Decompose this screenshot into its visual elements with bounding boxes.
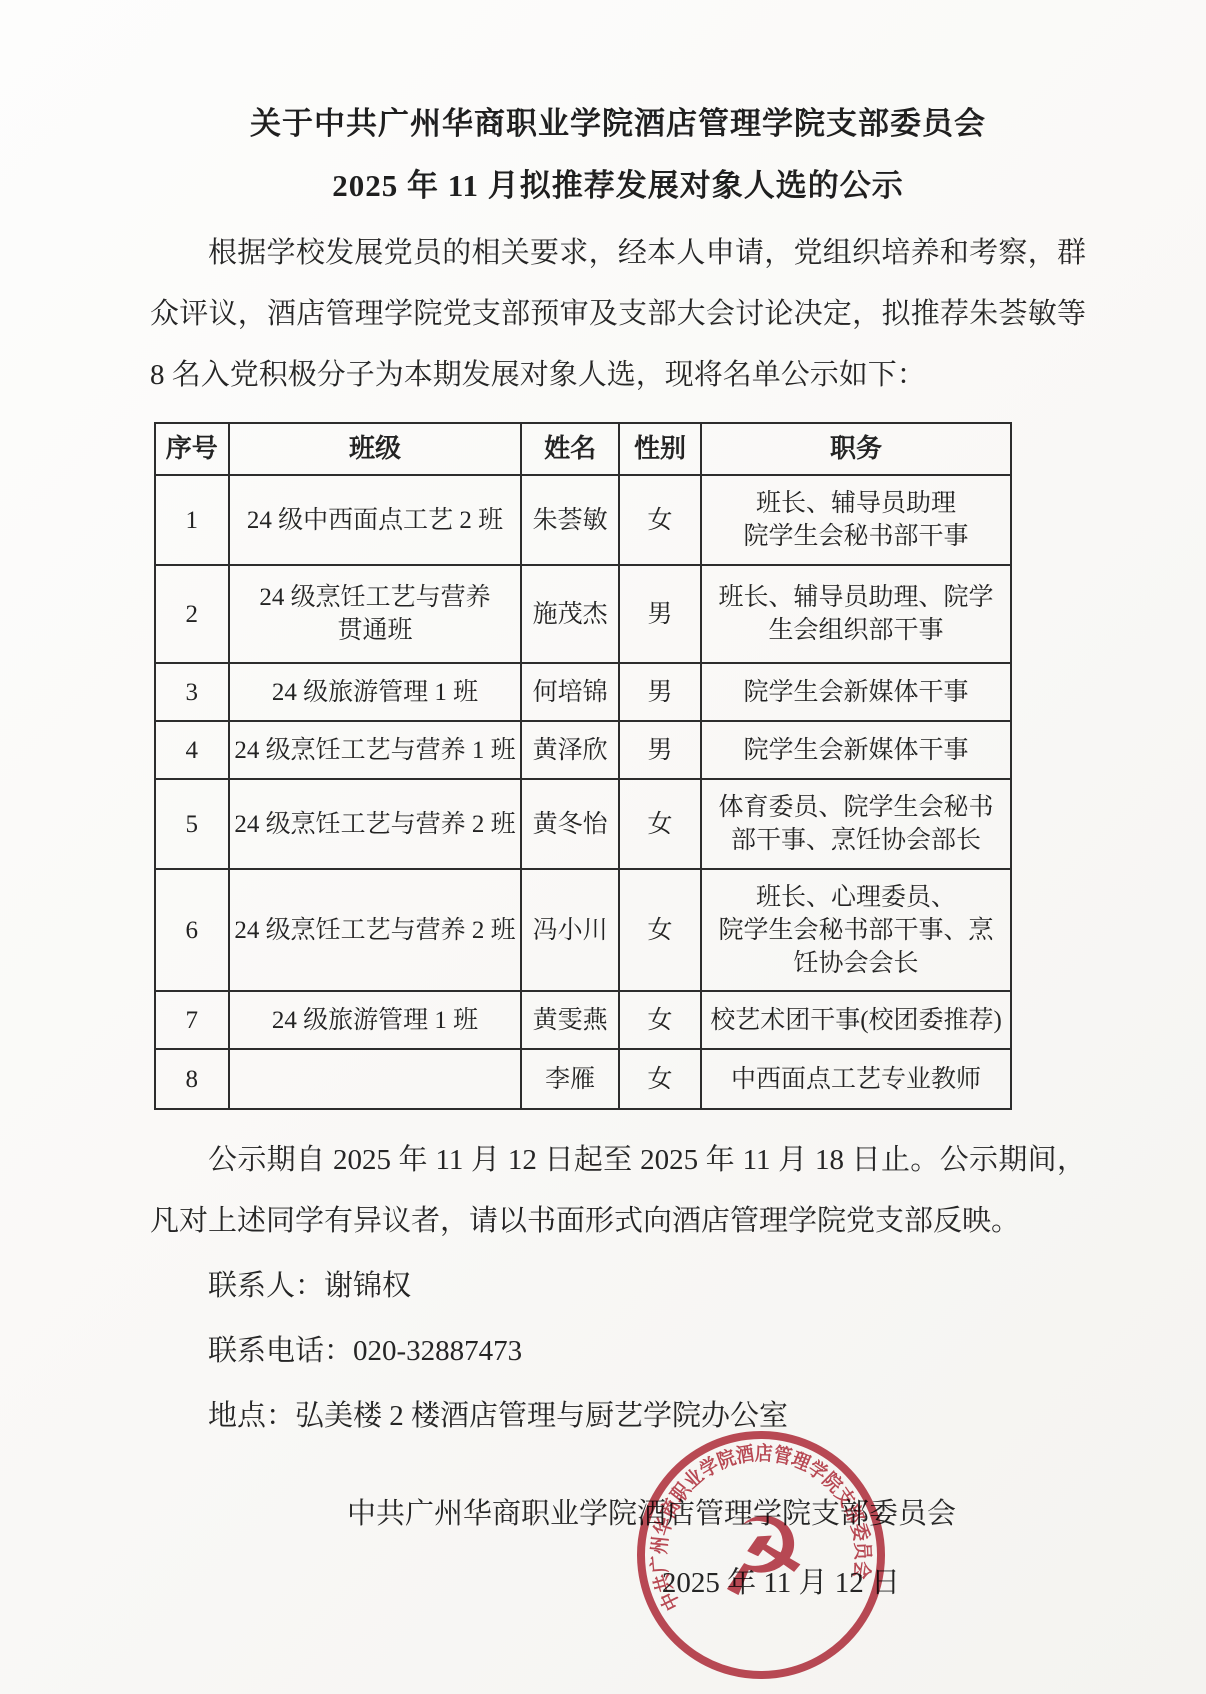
- cell-duty: 中西面点工艺专业教师: [701, 1049, 1011, 1109]
- document-page: 关于中共广州华商职业学院酒店管理学院支部委员会 2025 年 11 月拟推荐发展…: [0, 0, 1206, 1694]
- header-cell-name: 姓名: [521, 423, 619, 475]
- cell-name: 朱荟敏: [521, 475, 619, 565]
- cell-serial: 8: [155, 1049, 229, 1109]
- header-cell-duty: 职务: [701, 423, 1011, 475]
- contact-person-line: 联系人：谢锦权: [150, 1256, 1086, 1317]
- intro-paragraph: 根据学校发展党员的相关要求，经本人申请，党组织培养和考察，群众评议，酒店管理学院…: [150, 223, 1086, 406]
- cell-name: 黄泽欣: [521, 721, 619, 779]
- cell-serial: 3: [155, 663, 229, 721]
- cell-serial: 4: [155, 721, 229, 779]
- cell-class: 24 级旅游管理 1 班: [229, 663, 522, 721]
- header-cell-class: 班级: [229, 423, 522, 475]
- cell-duty: 校艺术团干事(校团委推荐): [701, 991, 1011, 1049]
- page-title-line-2: 2025 年 11 月拟推荐发展对象人选的公示: [150, 168, 1086, 204]
- cell-class: 24 级中西面点工艺 2 班: [229, 475, 522, 565]
- cell-gender: 女: [619, 1049, 701, 1109]
- cell-class: 24 级烹饪工艺与营养 2 班: [229, 869, 522, 991]
- cell-name: 黄雯燕: [521, 991, 619, 1049]
- cell-gender: 男: [619, 565, 701, 663]
- cell-name: 李雁: [521, 1049, 619, 1109]
- contact-location-line: 地点：弘美楼 2 楼酒店管理与厨艺学院办公室: [150, 1386, 1086, 1447]
- cell-class: 24 级烹饪工艺与营养 2 班: [229, 779, 522, 869]
- cell-serial: 7: [155, 991, 229, 1049]
- table-row: 1 24 级中西面点工艺 2 班 朱荟敏 女 班长、辅导员助理 院学生会秘书部干…: [155, 475, 1011, 565]
- cell-serial: 6: [155, 869, 229, 991]
- roster-table: 序号 班级 姓名 性别 职务 1 24 级中西面点工艺 2 班 朱荟敏 女 班长…: [154, 422, 1012, 1110]
- table-row: 8 李雁 女 中西面点工艺专业教师: [155, 1049, 1011, 1109]
- cell-class: 24 级烹饪工艺与营养 1 班: [229, 721, 522, 779]
- table-row: 6 24 级烹饪工艺与营养 2 班 冯小川 女 班长、心理委员、 院学生会秘书部…: [155, 869, 1011, 991]
- cell-name: 冯小川: [521, 869, 619, 991]
- page-title-line-1: 关于中共广州华商职业学院酒店管理学院支部委员会: [150, 106, 1086, 142]
- header-cell-gender: 性别: [619, 423, 701, 475]
- closing-paragraph: 公示期自 2025 年 11 月 12 日起至 2025 年 11 月 18 日…: [150, 1130, 1086, 1252]
- document-content: 关于中共广州华商职业学院酒店管理学院支部委员会 2025 年 11 月拟推荐发展…: [150, 0, 1086, 1601]
- signature-org: 中共广州华商职业学院酒店管理学院支部委员会: [150, 1491, 1086, 1532]
- cell-duty: 班长、心理委员、 院学生会秘书部干事、烹饪协会会长: [701, 869, 1011, 991]
- cell-duty: 班长、辅导员助理、院学生会组织部干事: [701, 565, 1011, 663]
- table-row: 4 24 级烹饪工艺与营养 1 班 黄泽欣 男 院学生会新媒体干事: [155, 721, 1011, 779]
- cell-gender: 男: [619, 663, 701, 721]
- header-cell-serial: 序号: [155, 423, 229, 475]
- table-row: 7 24 级旅游管理 1 班 黄雯燕 女 校艺术团干事(校团委推荐): [155, 991, 1011, 1049]
- table-row: 3 24 级旅游管理 1 班 何培锦 男 院学生会新媒体干事: [155, 663, 1011, 721]
- cell-gender: 女: [619, 869, 701, 991]
- cell-class: [229, 1049, 522, 1109]
- contact-phone-line: 联系电话：020-32887473: [150, 1321, 1086, 1382]
- table-row: 2 24 级烹饪工艺与营养 贯通班 施茂杰 男 班长、辅导员助理、院学生会组织部…: [155, 565, 1011, 663]
- cell-name: 黄冬怡: [521, 779, 619, 869]
- cell-duty: 院学生会新媒体干事: [701, 721, 1011, 779]
- signature-date: 2025 年 11 月 12 日: [150, 1560, 1086, 1601]
- cell-gender: 女: [619, 991, 701, 1049]
- cell-duty: 院学生会新媒体干事: [701, 663, 1011, 721]
- cell-duty: 体育委员、院学生会秘书部干事、烹饪协会部长: [701, 779, 1011, 869]
- cell-serial: 5: [155, 779, 229, 869]
- cell-class: 24 级烹饪工艺与营养 贯通班: [229, 565, 522, 663]
- table-row: 5 24 级烹饪工艺与营养 2 班 黄冬怡 女 体育委员、院学生会秘书部干事、烹…: [155, 779, 1011, 869]
- cell-gender: 男: [619, 721, 701, 779]
- table-header-row: 序号 班级 姓名 性别 职务: [155, 423, 1011, 475]
- cell-serial: 2: [155, 565, 229, 663]
- cell-name: 施茂杰: [521, 565, 619, 663]
- cell-gender: 女: [619, 475, 701, 565]
- cell-gender: 女: [619, 779, 701, 869]
- cell-duty: 班长、辅导员助理 院学生会秘书部干事: [701, 475, 1011, 565]
- cell-name: 何培锦: [521, 663, 619, 721]
- cell-serial: 1: [155, 475, 229, 565]
- cell-class: 24 级旅游管理 1 班: [229, 991, 522, 1049]
